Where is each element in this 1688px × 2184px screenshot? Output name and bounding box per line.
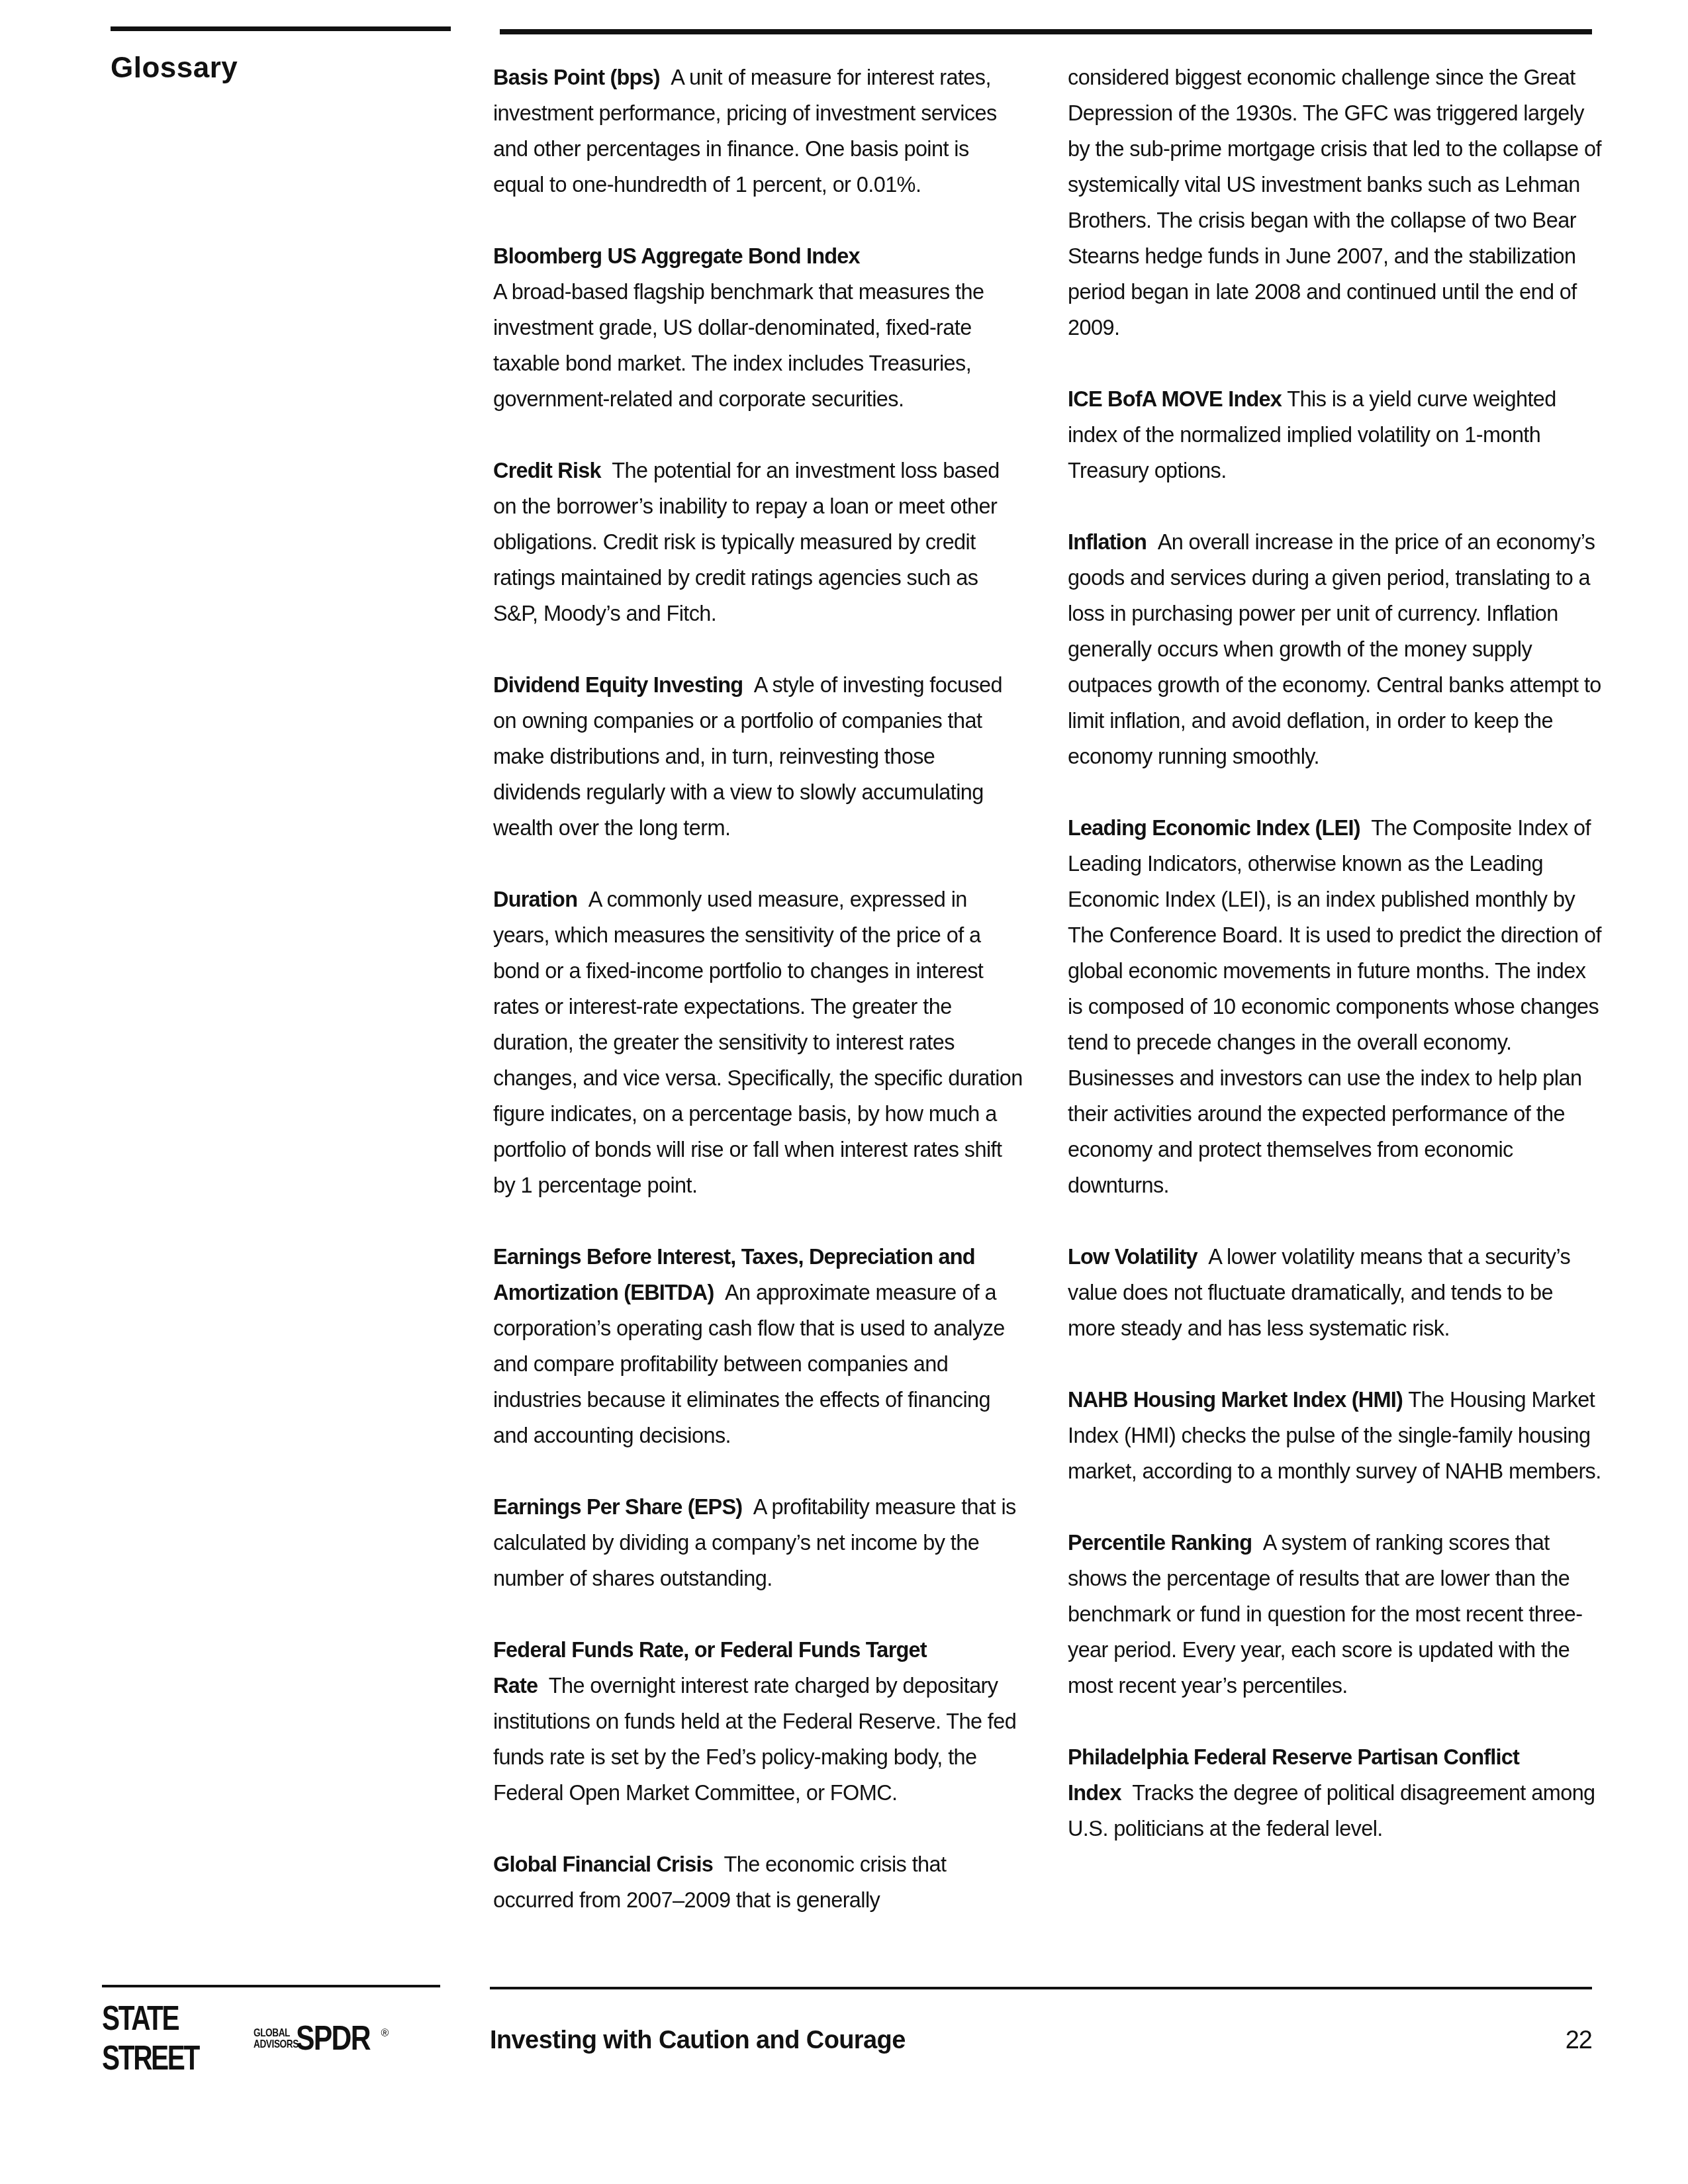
glossary-definition: The potential for an investment loss bas… xyxy=(493,459,1000,625)
glossary-definition: The overnight interest rate charged by d… xyxy=(493,1674,1016,1805)
logo-wordmark: STATE STREET xyxy=(102,1999,234,2078)
page-title: Glossary xyxy=(111,52,238,85)
glossary-definition: A commonly used measure, expressed in ye… xyxy=(493,887,1023,1197)
glossary-definition: The Composite Index of Leading Indicator… xyxy=(1068,816,1601,1197)
logo-brand: SPDR xyxy=(296,2019,370,2058)
glossary-entry-bloomberg-aggregate: Bloomberg US Aggregate Bond IndexA broad… xyxy=(493,238,1023,417)
glossary-entry-fed-funds-rate: Federal Funds Rate, or Federal Funds Tar… xyxy=(493,1632,1023,1811)
glossary-definition: considered biggest economic challenge si… xyxy=(1068,66,1601,340)
top-left-rule xyxy=(111,26,451,31)
glossary-entry-lei: Leading Economic Index (LEI)The Composit… xyxy=(1068,810,1604,1203)
glossary-term: Percentile Ranking xyxy=(1068,1531,1263,1555)
glossary-term: Bloomberg US Aggregate Bond Index xyxy=(493,238,1023,274)
glossary-entry-ice-bofa-move: ICE BofA MOVE IndexThis is a yield curve… xyxy=(1068,381,1604,488)
glossary-term: Basis Point (bps) xyxy=(493,66,671,89)
glossary-entry-ebitda: Earnings Before Interest, Taxes, Depreci… xyxy=(493,1239,1023,1453)
logo-subtitle-line1: GLOBAL xyxy=(254,2027,285,2038)
glossary-term: Earnings Per Share (EPS) xyxy=(493,1495,753,1519)
page-number: 22 xyxy=(1566,2026,1592,2055)
registered-mark-icon: ® xyxy=(381,2028,389,2040)
glossary-term: Inflation xyxy=(1068,530,1158,554)
glossary-definition: A broad-based flagship benchmark that me… xyxy=(493,280,984,411)
glossary-definition: A style of investing focused on owning c… xyxy=(493,673,1002,840)
logo-subtitle: GLOBAL ADVISORS xyxy=(254,2027,285,2050)
glossary-term: Credit Risk xyxy=(493,459,612,482)
glossary-entry-percentile-ranking: Percentile RankingA system of ranking sc… xyxy=(1068,1525,1604,1704)
glossary-term: Global Financial Crisis xyxy=(493,1852,724,1876)
glossary-entry-dividend-equity: Dividend Equity InvestingA style of inve… xyxy=(493,667,1023,846)
publication-title: Investing with Caution and Courage xyxy=(490,2026,906,2055)
glossary-entry-inflation: InflationAn overall increase in the pric… xyxy=(1068,524,1604,774)
glossary-definition: An overall increase in the price of an e… xyxy=(1068,530,1601,768)
logo-subtitle-line2: ADVISORS xyxy=(254,2038,285,2050)
glossary-column-middle: Basis Point (bps)A unit of measure for i… xyxy=(493,60,1023,1954)
glossary-entry-eps: Earnings Per Share (EPS)A profitability … xyxy=(493,1489,1023,1596)
glossary-entry-global-financial-crisis-continued: considered biggest economic challenge si… xyxy=(1068,60,1604,345)
glossary-definition: An approximate measure of a corporation’… xyxy=(493,1281,1005,1447)
glossary-term: Leading Economic Index (LEI) xyxy=(1068,816,1371,840)
glossary-entry-low-volatility: Low VolatilityA lower volatility means t… xyxy=(1068,1239,1604,1346)
glossary-term: Duration xyxy=(493,887,588,911)
glossary-entry-nahb-hmi: NAHB Housing Market Index (HMI)The Housi… xyxy=(1068,1382,1604,1489)
state-street-spdr-logo: STATE STREET GLOBAL ADVISORS SPDR ® xyxy=(102,2019,389,2058)
glossary-definition: Tracks the degree of political disagreem… xyxy=(1068,1781,1595,1841)
glossary-term: NAHB Housing Market Index (HMI) xyxy=(1068,1388,1408,1412)
glossary-entry-philly-fed-partisan-conflict: Philadelphia Federal Reserve Partisan Co… xyxy=(1068,1739,1604,1846)
glossary-term: Dividend Equity Investing xyxy=(493,673,754,697)
footer-left-rule xyxy=(102,1985,440,1987)
footer-right-rule xyxy=(490,1987,1592,1989)
glossary-entry-credit-risk: Credit RiskThe potential for an investme… xyxy=(493,453,1023,631)
glossary-term: ICE BofA MOVE Index xyxy=(1068,387,1287,411)
glossary-entry-global-financial-crisis: Global Financial CrisisThe economic cris… xyxy=(493,1846,1023,1918)
glossary-term: Low Volatility xyxy=(1068,1245,1208,1269)
glossary-definition: A system of ranking scores that shows th… xyxy=(1068,1531,1583,1698)
glossary-column-right: considered biggest economic challenge si… xyxy=(1068,60,1604,1882)
glossary-entry-duration: DurationA commonly used measure, express… xyxy=(493,882,1023,1203)
glossary-entry-basis-point: Basis Point (bps)A unit of measure for i… xyxy=(493,60,1023,203)
top-right-rule xyxy=(500,29,1592,34)
